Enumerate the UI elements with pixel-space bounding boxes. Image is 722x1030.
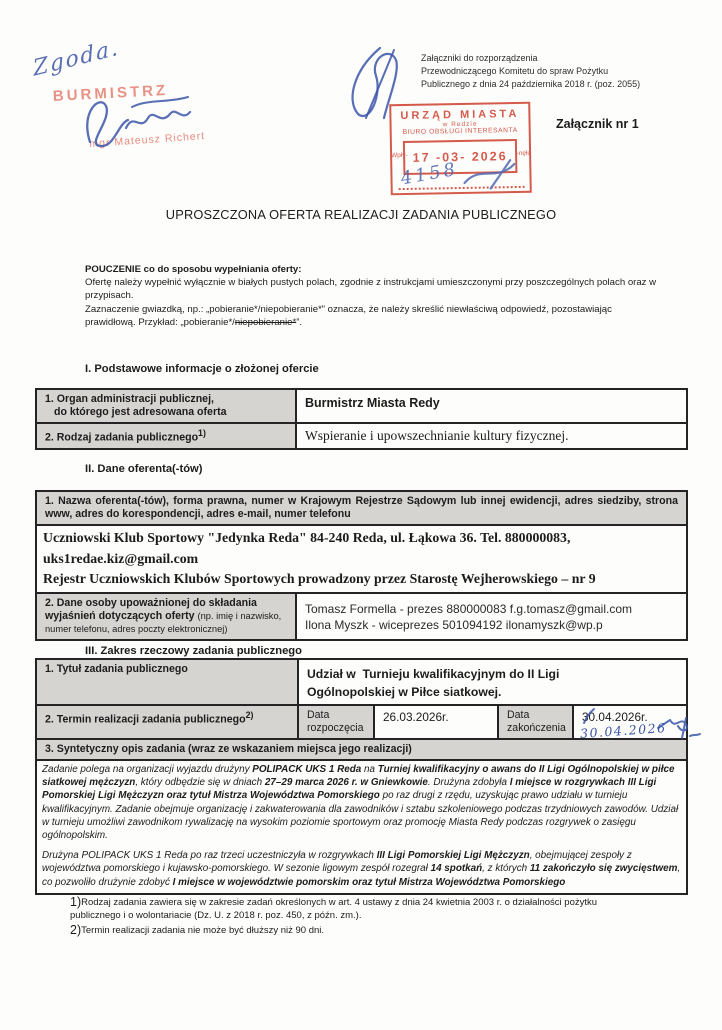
footnote-ref-1: 1) [198, 428, 206, 438]
annex-number-label: Załącznik nr 1 [556, 117, 639, 131]
table-row: 2. Termin realizacji zadania publicznego… [36, 705, 687, 739]
table-row: 2. Rodzaj zadania publicznego1) Wspieran… [36, 423, 687, 449]
offerer-name-value-cell: Uczniowski Klub Sportowy "Jedynka Reda" … [36, 525, 687, 593]
organ-value-cell: Burmistrz Miasta Redy [296, 389, 687, 423]
desc-value-cell: Zadanie polega na organizacji wyjazdu dr… [36, 760, 687, 894]
term-label-cell: 2. Termin realizacji zadania publicznego… [36, 705, 298, 739]
table-row: 1. Nazwa oferenta(-tów), forma prawna, n… [36, 491, 687, 525]
table-row: 1. Tytuł zadania publicznego Udział w Tu… [36, 659, 687, 705]
table-row: 3. Syntetyczny opis zadania (wraz ze wsk… [36, 739, 687, 760]
contact-label-cell: 2. Dane osoby upoważnionej do składania … [36, 593, 296, 640]
pouczenie-paragraph-2: Zaznaczenie gwiazdką, np.: „pobieranie*/… [85, 303, 659, 329]
legal-basis-note: Załączniki do rozporządzenia Przewodnicz… [421, 52, 640, 91]
organ-label-line2: do którego jest adresowana oferta [45, 406, 287, 419]
footnote-ref-2: 2) [246, 710, 254, 720]
footnote-2-text: Termin realizacji zadania nie może być d… [81, 925, 324, 936]
start-date-value-cell: 26.03.2026r. [374, 705, 498, 739]
mayor-signature-icon [76, 90, 194, 154]
offerer-name-header-cell: 1. Nazwa oferenta(-tów), forma prawna, n… [36, 491, 687, 525]
zgoda-handwritten-note: Zgoda. [32, 35, 121, 82]
offerer-name-line: Rejestr Uczniowskich Klubów Sportowych p… [43, 569, 680, 590]
task-type-label: 2. Rodzaj zadania publicznego [45, 432, 198, 444]
legal-basis-line: Załączniki do rozporządzenia [421, 52, 640, 65]
table-row: Uczniowski Klub Sportowy "Jedynka Reda" … [36, 525, 687, 593]
task-scope-table: 1. Tytuł zadania publicznego Udział w Tu… [35, 658, 688, 895]
document-page: Zgoda. BURMISTRZ mgr Mateusz Richert Zał… [0, 0, 722, 1030]
contact-line: Ilona Myszk - wiceprezes 501094192 ilona… [305, 617, 678, 634]
table-row: 1. Organ administracji publicznej, do kt… [36, 389, 687, 423]
desc-header-cell: 3. Syntetyczny opis zadania (wraz ze wsk… [36, 739, 687, 760]
contact-line: Tomasz Formella - prezes 880000083 f.g.t… [305, 601, 678, 618]
pouczenie-block: POUCZENIE co do sposobu wypełniania ofer… [85, 263, 659, 329]
footnote-2-mark: 2) [70, 923, 81, 937]
task-type-label-cell: 2. Rodzaj zadania publicznego1) [36, 423, 296, 449]
offerer-table: 1. Nazwa oferenta(-tów), forma prawna, n… [35, 490, 688, 641]
desc-paragraph-2: Drużyna POLIPACK UKS 1 Reda po raz trzec… [42, 849, 681, 889]
offerer-name-line: Uczniowski Klub Sportowy "Jedynka Reda" … [43, 528, 680, 549]
term-label: 2. Termin realizacji zadania publicznego [45, 714, 246, 726]
organ-label-line1: 1. Organ administracji publicznej, [45, 393, 214, 405]
task-type-value-cell: Wspieranie i upowszechnianie kultury fiz… [296, 423, 687, 449]
footnote-2: 2)Termin realizacji zadania nie może być… [70, 924, 648, 937]
task-title-label-cell: 1. Tytuł zadania publicznego [36, 659, 298, 705]
table-row: Zadanie polega na organizacji wyjazdu dr… [36, 760, 687, 894]
basic-info-table: 1. Organ administracji publicznej, do kt… [35, 388, 688, 450]
intake-stamp: URZĄD MIASTA w Redzie BIURO OBSŁUGI INTE… [389, 102, 532, 195]
contact-value-cell: Tomasz Formella - prezes 880000083 f.g.t… [296, 593, 687, 640]
end-date-label-cell: Data zakończenia [498, 705, 573, 739]
task-title-value-cell: Udział w Turnieju kwalifikacyjnym do II … [298, 659, 687, 705]
section-2-heading: II. Dane oferenta(-tów) [85, 463, 202, 475]
organ-label-cell: 1. Organ administracji publicznej, do kt… [36, 389, 296, 423]
intake-stamp-bureau: BIURO OBSŁUGI INTERESANTA [392, 127, 529, 136]
intake-paraph-icon [460, 156, 521, 191]
footnotes-block: 1)Rodzaj zadania zawiera się w zakresie … [70, 896, 648, 938]
desc-paragraph-1: Zadanie polega na organizacji wyjazdu dr… [42, 763, 681, 842]
document-title: UPROSZCZONA OFERTA REALIZACJI ZADANIA PU… [0, 207, 722, 222]
offerer-name-line: uks1redae.kiz@gmail.com [43, 549, 680, 570]
start-date-label-cell: Data rozpoczęcia [298, 705, 374, 739]
legal-basis-line: Przewodniczącego Komitetu do spraw Pożyt… [421, 65, 640, 78]
footnote-1: 1)Rodzaj zadania zawiera się w zakresie … [70, 896, 648, 923]
pouczenie-paragraph-1: Ofertę należy wypełnić wyłącznie w biały… [85, 276, 659, 302]
table-row: 2. Dane osoby upoważnionej do składania … [36, 593, 687, 640]
footnote-1-mark: 1) [70, 895, 81, 909]
end-date-correction-stroke-icon [582, 708, 598, 724]
pouczenie-heading: POUCZENIE co do sposobu wypełniania ofer… [85, 263, 659, 276]
legal-basis-line: Publicznego z dnia 24 października 2018 … [421, 78, 640, 91]
section-3-heading: III. Zakres rzeczowy zadania publicznego [85, 645, 302, 657]
end-date-paraph-icon [656, 714, 704, 740]
end-date-value-cell: 30.04.2026r. 30.04.2026 [573, 705, 687, 739]
footnote-1-text: Rodzaj zadania zawiera się w zakresie za… [70, 897, 597, 921]
section-1-heading: I. Podstawowe informacje o złożonej ofer… [85, 363, 319, 375]
